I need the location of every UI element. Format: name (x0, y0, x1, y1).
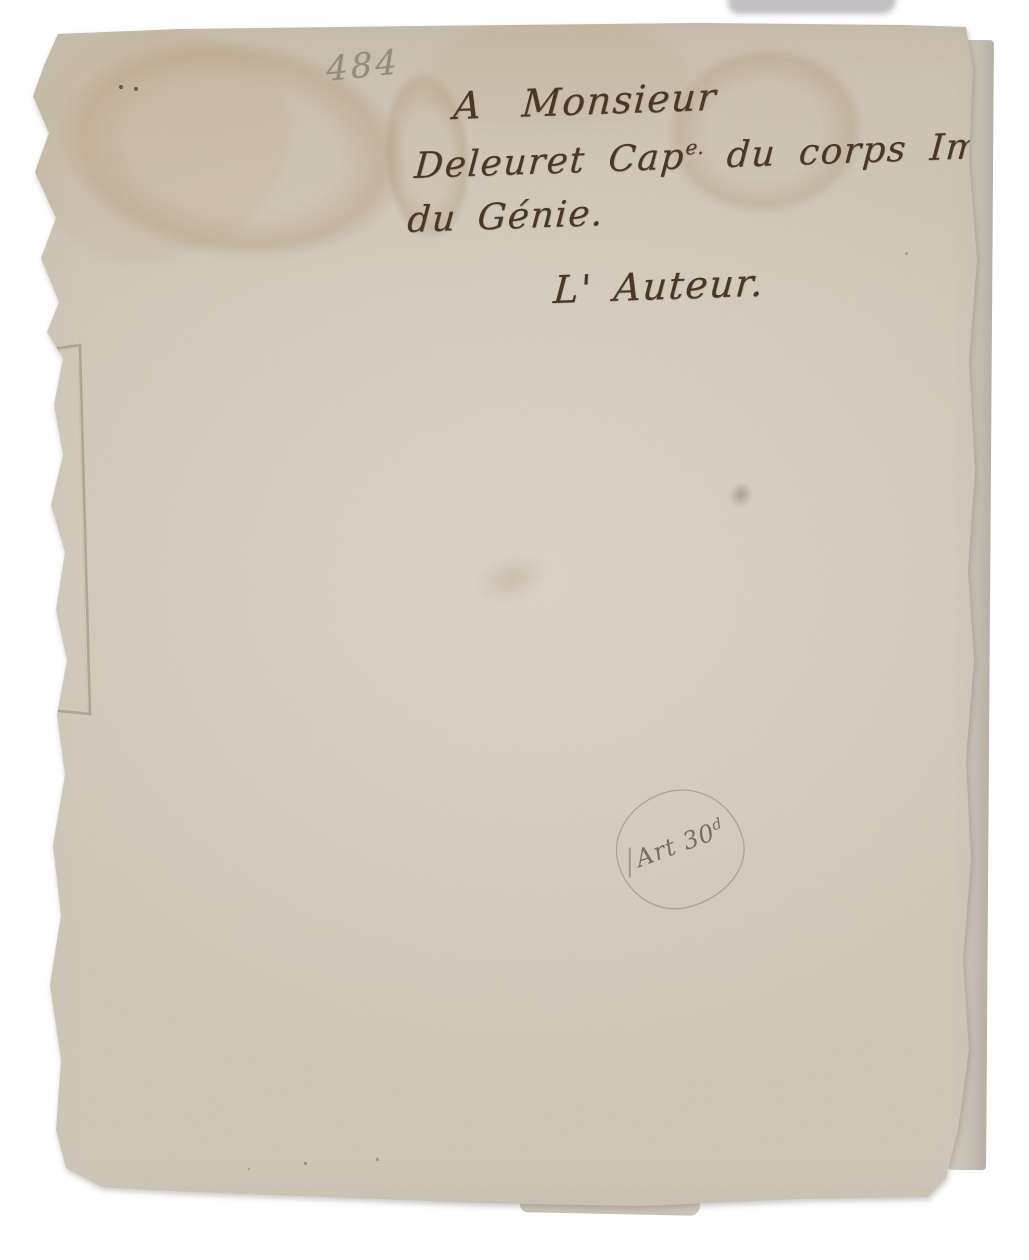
photo-stage: A Monsieur Deleuret Cape. du corps Impér… (0, 0, 1029, 1260)
price-code-main: Art 30 (632, 818, 719, 873)
paper-grain-texture (0, 0, 1029, 1260)
dedication-line-1: A Monsieur (452, 75, 719, 128)
foxing-speck (376, 1158, 379, 1161)
foxing-speck (905, 252, 908, 255)
binding-stitch (0, 0, 1029, 1260)
manuscript-cover: A Monsieur Deleuret Cape. du corps Impér… (0, 0, 1029, 1260)
dedication-line-2-rest: du corps Impérial (702, 122, 1029, 177)
pencil-price-code-text: Art 30d (631, 814, 728, 873)
wormhole-dot (119, 85, 123, 89)
wormhole-dot (134, 87, 138, 91)
pencil-slash-mark (629, 848, 631, 878)
dedication-line-3: du Génie. (406, 193, 605, 241)
pencil-price-code-oval: Art 30d (604, 776, 757, 921)
foxing-speck (304, 1162, 307, 1165)
dedication-line-2-abbreviation: e. (685, 136, 706, 160)
smudge-middle-right (721, 474, 761, 516)
dedication-line-2-name: Deleuret Cap (413, 136, 686, 187)
dedication-line-2: Deleuret Cape. du corps Impérial (413, 122, 1029, 187)
water-stain-top-left-core (30, 30, 290, 260)
paper-shadow-wrap: A Monsieur Deleuret Cape. du corps Impér… (0, 0, 1029, 1260)
dedication-signature: L' Auteur. (552, 261, 766, 312)
pencil-shelf-number: 484 (326, 42, 401, 90)
foxing-speck (248, 1168, 250, 1170)
smudge-center (455, 534, 569, 624)
